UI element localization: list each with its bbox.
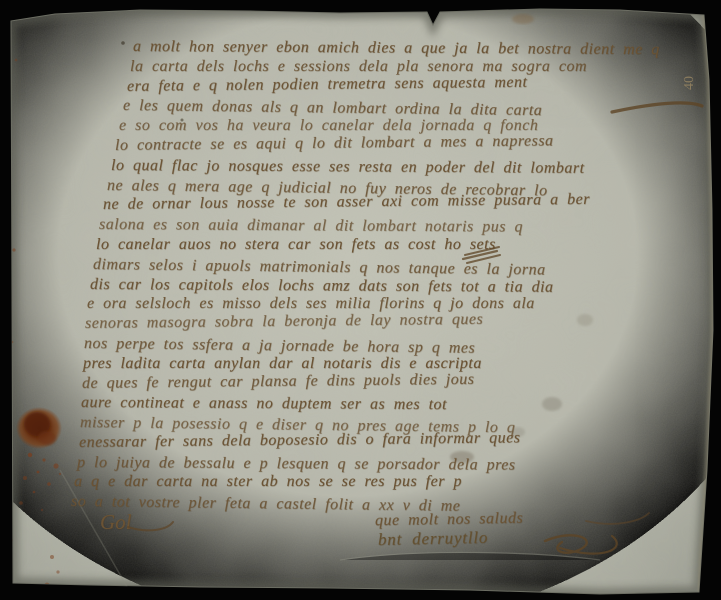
manuscript-line: lo qual flac jo nosques esse ses resta e…	[111, 157, 585, 178]
manuscript-line: p lo juiya de bessalu e p lesquen q se p…	[77, 454, 516, 475]
manuscript-line: a molt hon senyer ebon amich dies a que …	[133, 38, 660, 59]
folio-number: 40	[682, 70, 708, 96]
manuscript-line: lo contracte se es aqui q lo dit lombart…	[115, 132, 554, 155]
manuscript-line: dis car los capitols elos lochs amz dats…	[90, 276, 554, 297]
manuscript-line: salona es son auia dimanar al dit lombar…	[99, 216, 523, 237]
manuscript-line: ne de ornar lous nosse te son asser axi …	[103, 191, 590, 214]
manuscript-line: pres ladita carta anylan dar al notaris …	[83, 355, 482, 373]
manuscript-line: senoras masogra sobra la beronja de lay …	[85, 311, 483, 333]
manuscript-line: lo canelar auos no stera car son fets as…	[96, 236, 496, 254]
manuscript-line: aure contineat e anass no duptem ser as …	[81, 394, 447, 414]
author-mark: Gol	[100, 510, 132, 535]
manuscript-line: era feta e q nolen podien tremetra sens …	[127, 74, 528, 96]
manuscript-photo: a molt hon senyer ebon amich dies a que …	[0, 0, 721, 600]
signature: bnt derruytllo	[378, 528, 489, 550]
manuscript-line: de ques fe rengut car plansa fe dins puo…	[82, 371, 475, 393]
manuscript-line: enessarar fer sans dela boposesio dis o …	[79, 429, 521, 452]
closing-salutation: que molt nos saluds	[375, 510, 523, 531]
manuscript-line: a q e dar carta na ster ab nos se se res…	[74, 473, 462, 491]
